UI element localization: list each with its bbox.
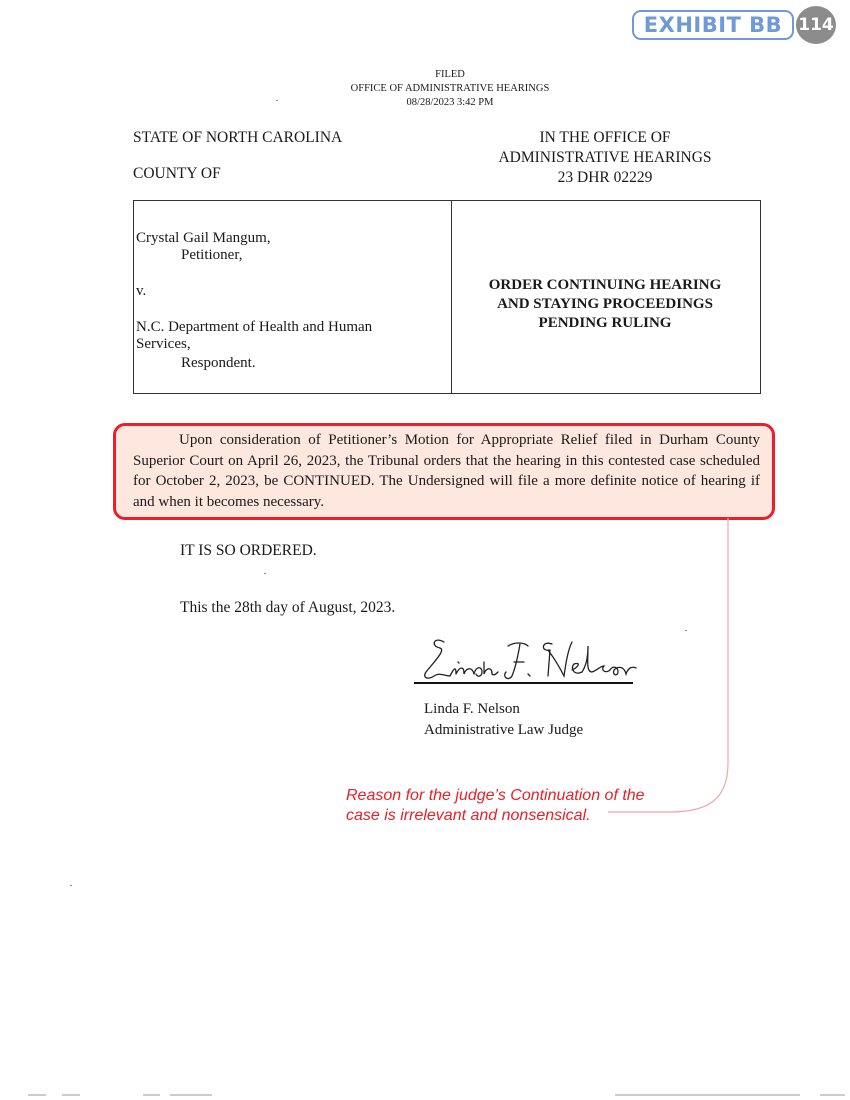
- annotation-connector-line: [600, 518, 740, 818]
- respondent-role: Respondent.: [181, 354, 256, 373]
- versus: v.: [136, 282, 146, 301]
- petitioner-role: Petitioner,: [181, 246, 242, 265]
- order-title: ORDER CONTINUING HEARING AND STAYING PRO…: [460, 276, 750, 333]
- annotation-line-2: case is irrelevant and nonsensical.: [346, 806, 645, 826]
- office-line-1: IN THE OFFICE OF: [470, 128, 740, 148]
- state-heading: STATE OF NORTH CAROLINA: [133, 128, 342, 148]
- order-title-line-2: AND STAYING PROCEEDINGS: [460, 295, 750, 314]
- scan-speck: [685, 630, 687, 631]
- order-title-line-3: PENDING RULING: [460, 314, 750, 333]
- order-title-line-1: ORDER CONTINUING HEARING: [460, 276, 750, 295]
- scan-edge-artifact: [0, 1094, 850, 1096]
- judge-block: Linda F. Nelson Administrative Law Judge: [424, 699, 583, 741]
- judge-title: Administrative Law Judge: [424, 720, 583, 741]
- filed-stamp-office: OFFICE OF ADMINISTRATIVE HEARINGS: [300, 82, 600, 96]
- exhibit-label: EXHIBIT BB: [632, 10, 794, 40]
- scan-speck: [276, 100, 278, 101]
- scan-speck: [264, 573, 266, 574]
- office-heading: IN THE OFFICE OF ADMINISTRATIVE HEARINGS…: [470, 128, 740, 188]
- filed-stamp: FILED OFFICE OF ADMINISTRATIVE HEARINGS …: [300, 68, 600, 110]
- scan-speck: [70, 885, 72, 886]
- exhibit-number-badge: 114: [796, 6, 836, 44]
- order-date: This the 28th day of August, 2023.: [180, 598, 395, 618]
- annotation-line-1: Reason for the judge’s Continuation of t…: [346, 786, 645, 806]
- order-paragraph: Upon consideration of Petitioner’s Motio…: [133, 430, 760, 512]
- judge-name: Linda F. Nelson: [424, 699, 583, 720]
- filed-stamp-datetime: 08/28/2023 3:42 PM: [300, 96, 600, 110]
- county-heading: COUNTY OF: [133, 164, 221, 184]
- filed-stamp-title: FILED: [300, 68, 600, 82]
- respondent-name-line-2: Services,: [136, 335, 191, 354]
- annotation-note: Reason for the judge’s Continuation of t…: [346, 786, 645, 826]
- so-ordered: IT IS SO ORDERED.: [180, 541, 317, 561]
- office-line-2: ADMINISTRATIVE HEARINGS: [470, 148, 740, 168]
- case-number: 23 DHR 02229: [470, 168, 740, 188]
- caption-divider: [451, 200, 452, 394]
